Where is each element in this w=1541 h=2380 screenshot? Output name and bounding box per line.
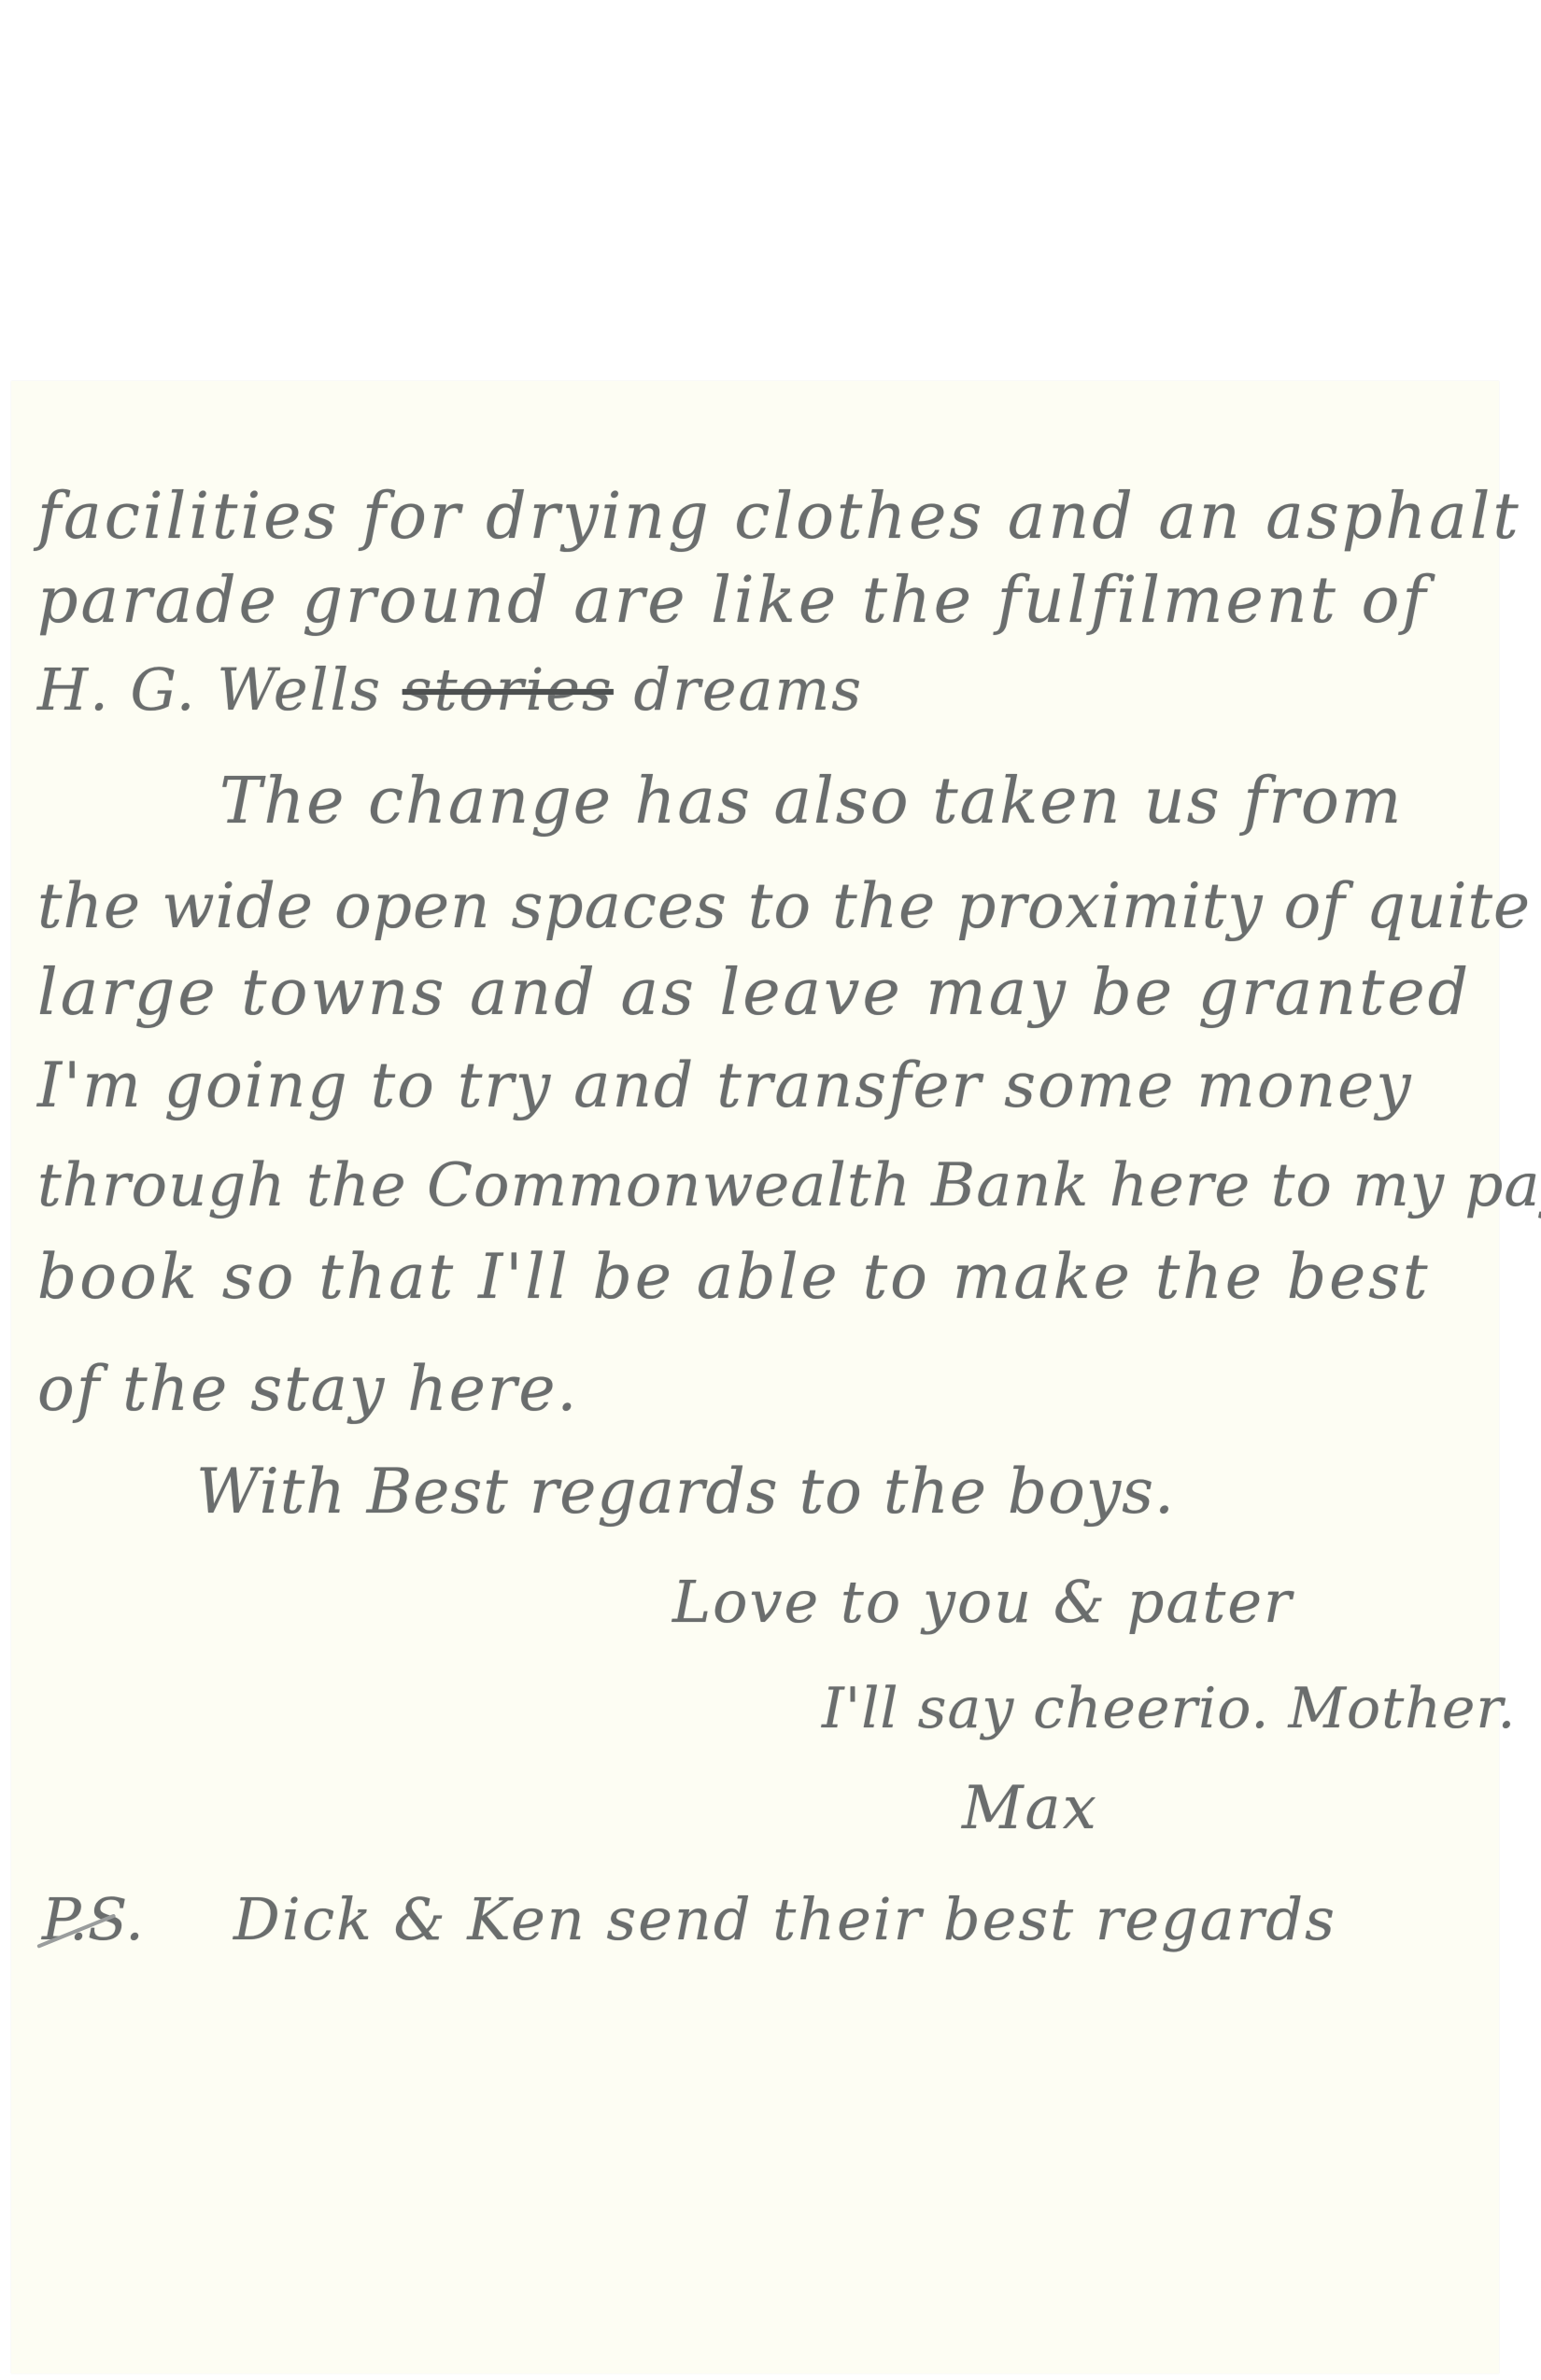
closing-love: Love to you & pater bbox=[672, 1573, 1294, 1631]
closing-regards: With Best regards to the boys. bbox=[196, 1461, 1175, 1523]
letter-line-5: the wide open spaces to the proximity of… bbox=[37, 876, 1531, 937]
letter-line-3: H. G. Wells stories dreams bbox=[37, 661, 863, 719]
signature: Max bbox=[962, 1779, 1098, 1838]
letter-line-8: through the Commonwealth Bank here to my… bbox=[37, 1156, 1541, 1216]
letter-line-4: The change has also taken us from bbox=[219, 770, 1403, 834]
letter-line-6: large towns and as leave may be granted bbox=[37, 962, 1471, 1025]
letter-line-1: facilities for drying clothes and an asp… bbox=[37, 486, 1521, 549]
struck-word: stories bbox=[403, 655, 614, 724]
letter-line-7: I'm going to try and transfer some money bbox=[37, 1055, 1412, 1117]
letter-line-9: book so that I'll be able to make the be… bbox=[37, 1246, 1431, 1308]
letter-line-2: parade ground are like the fulfilment of bbox=[37, 570, 1429, 633]
closing-cheerio: I'll say cheerio. Mother. bbox=[822, 1681, 1517, 1737]
letter-line-3-start: H. G. Wells bbox=[37, 655, 403, 724]
letter-line-10: of the stay here. bbox=[37, 1359, 578, 1420]
letter-line-3-end: dreams bbox=[614, 655, 863, 724]
postscript-text: Dick & Ken send their best regards bbox=[233, 1891, 1336, 1949]
